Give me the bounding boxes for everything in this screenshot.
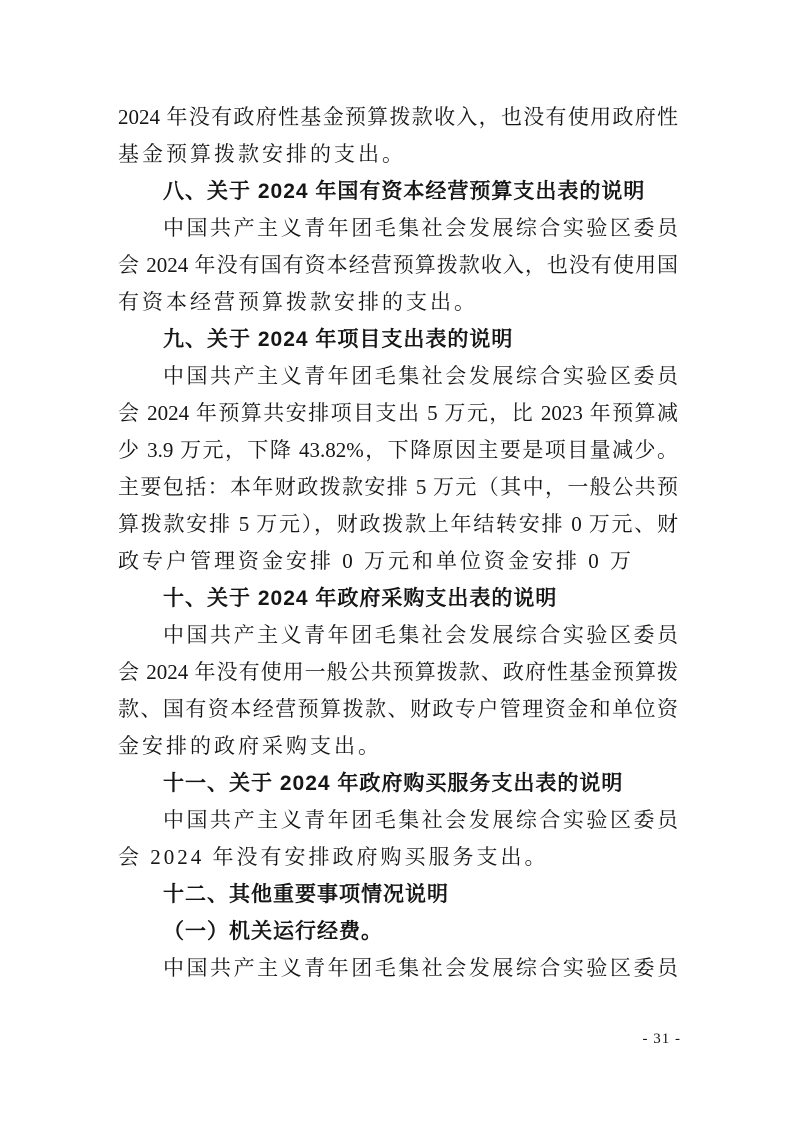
body-line: 2024 年没有政府性基金预算拨款收入，也没有使用政府性 [118, 99, 678, 136]
section-heading: 十一、关于 2024 年政府购买服务支出表的说明 [118, 765, 678, 802]
section-heading: 十、关于 2024 年政府采购支出表的说明 [118, 580, 678, 617]
body-line: 中国共产主义青年团毛集社会发展综合实验区委员 [118, 950, 678, 987]
body-line: 会 2024 年没有使用一般公共预算拨款、政府性基金预算拨 [118, 654, 678, 691]
body-line: 基金预算拨款安排的支出。 [118, 136, 678, 173]
body-line: 金安排的政府采购支出。 [118, 728, 678, 765]
document-body: 2024 年没有政府性基金预算拨款收入，也没有使用政府性基金预算拨款安排的支出。… [118, 99, 678, 987]
body-line: 有资本经营预算拨款安排的支出。 [118, 284, 678, 321]
body-line: 会 2024 年没有安排政府购买服务支出。 [118, 839, 678, 876]
body-line: 中国共产主义青年团毛集社会发展综合实验区委员 [118, 358, 678, 395]
section-heading: 十二、其他重要事项情况说明 [118, 876, 678, 913]
page-number: - 31 - [643, 1030, 682, 1048]
body-line: 款、国有资本经营预算拨款、财政专户管理资金和单位资 [118, 691, 678, 728]
section-heading: （一）机关运行经费。 [118, 913, 678, 950]
body-line: 会 2024 年预算共安排项目支出 5 万元，比 2023 年预算减 [118, 395, 678, 432]
body-line: 算拨款安排 5 万元），财政拨款上年结转安排 0 万元、财 [118, 506, 678, 543]
body-line: 会 2024 年没有国有资本经营预算拨款收入，也没有使用国 [118, 247, 678, 284]
body-line: 中国共产主义青年团毛集社会发展综合实验区委员 [118, 210, 678, 247]
section-heading: 九、关于 2024 年项目支出表的说明 [118, 321, 678, 358]
body-line: 政专户管理资金安排 0 万元和单位资金安排 0 万元。 [118, 543, 678, 580]
section-heading: 八、关于 2024 年国有资本经营预算支出表的说明 [118, 173, 678, 210]
body-line: 中国共产主义青年团毛集社会发展综合实验区委员 [118, 802, 678, 839]
body-line: 中国共产主义青年团毛集社会发展综合实验区委员 [118, 617, 678, 654]
document-page: 2024 年没有政府性基金预算拨款收入，也没有使用政府性基金预算拨款安排的支出。… [0, 0, 793, 1122]
body-line: 主要包括：本年财政拨款安排 5 万元（其中，一般公共预 [118, 469, 678, 506]
body-line: 少 3.9 万元，下降 43.82%，下降原因主要是项目量减少。 [118, 432, 678, 469]
